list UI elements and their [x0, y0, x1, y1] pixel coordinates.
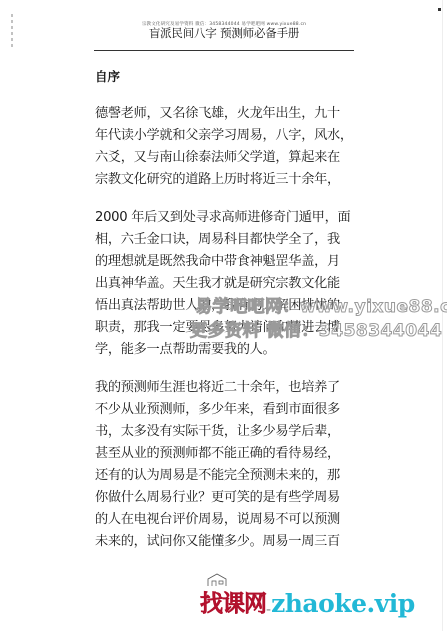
text-line: 不少从业预测师，多少年来，看到市面很多: [95, 399, 395, 421]
brand-name-cn: 找课网: [200, 591, 266, 617]
paragraph-1: 德謦老师，又名徐飞雄，火龙年出生，九十 年代读小学就和父亲学习周易，八字，风水，…: [95, 103, 395, 191]
overlay-watermark-site: 易学吧吧网：www.yixue88.cn: [195, 292, 447, 317]
text-line: 甚至从业的预测师都不能正确的看待易经，: [95, 443, 395, 465]
text-line: 你做什么周易行业？更可笑的是有些学周易: [95, 487, 395, 509]
page-header: 宗教文化研究及易学资料 微信：3458344044 易学吧吧网 www.yixu…: [94, 22, 354, 40]
book-title: 盲派民间八字 预测师必备手册: [94, 27, 354, 40]
brand-watermark: 找课网-zhaoke.vip: [200, 585, 415, 621]
text-line: 书，太多没有实际干货，让多少易学后辈，: [95, 421, 395, 443]
text-line: 的理想就是既然我命中带食神魁罡华盖，月: [95, 251, 395, 273]
scan-edge-mark: [11, 14, 13, 50]
text-line: 我的预测师生涯也将近二十余年，也培养了: [95, 377, 395, 399]
house-icon: [206, 573, 228, 587]
paragraph-3: 我的预测师生涯也将近二十余年，也培养了 不少从业预测师，多少年来，看到市面很多 …: [95, 377, 395, 553]
text-line: 德謦老师，又名徐飞雄，火龙年出生，九十: [95, 103, 395, 125]
scan-dot: [438, 8, 441, 11]
brand-domain: zhaoke.vip: [271, 589, 415, 618]
overlay-watermark-contact: 更多资料 微信：3458344044: [190, 316, 442, 341]
text-line: 还有的认为周易是不能完全预测未来的，那: [95, 465, 395, 487]
text-line: 未来的，试问你又能懂多少。周易一周三百: [95, 531, 395, 553]
text-line: 2000 年后又到处寻求高师进修奇门遁甲，面: [95, 207, 395, 229]
header-divider: [94, 50, 354, 51]
document-page: 宗教文化研究及易学资料 微信：3458344044 易学吧吧网 www.yixu…: [0, 0, 447, 631]
section-title: 自序: [95, 69, 395, 85]
text-line: 年代读小学就和父亲学习周易，八字，风水，: [95, 125, 395, 147]
text-line: 相，六壬金口诀，周易科目都快学全了，我: [95, 229, 395, 251]
text-line: 的人在电视台评价周易，说周易不可以预测: [95, 509, 395, 531]
text-line: 六爻，又与南山徐泰法师父学道，算起来在: [95, 147, 395, 169]
text-line: 学，能多一点帮助需要我的人。: [95, 339, 395, 361]
text-line: 宗教文化研究的道路上历时将近三十余年，: [95, 169, 395, 191]
